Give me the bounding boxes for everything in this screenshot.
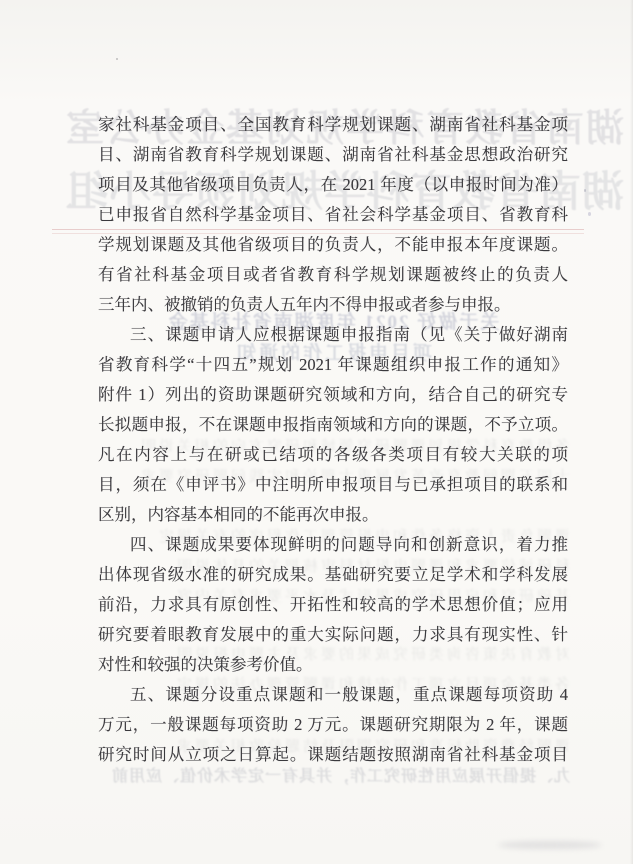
text-line: 前沿，力求具有原创性、开拓性和较高的学术思想价值；应用 bbox=[98, 590, 568, 620]
text-line: 已申报省自然科学基金项目、省社会科学基金项目、省教育科 bbox=[98, 200, 568, 230]
text-line: 附件 1）列出的资助课题研究领域和方向，结合自己的研究专 bbox=[98, 380, 568, 410]
text-line: 有省社科基金项目或者省教育科学规划课题被终止的负责人 bbox=[98, 260, 568, 290]
scan-speck bbox=[584, 189, 586, 192]
text-line: 万元，一般课题每项资助 2 万元。课题研究期限为 2 年，课题 bbox=[98, 710, 568, 740]
scan-speck bbox=[116, 58, 118, 60]
text-line: 凡在内容上与在研或已结项的各级各类项目有较大关联的项 bbox=[98, 440, 568, 470]
text-line: 目、湖南省教育科学规划课题、湖南省社科基金思想政治研究 bbox=[98, 140, 568, 170]
text-line: 三年内、被撤销的负责人五年内不得申报或者参与申报。 bbox=[98, 290, 568, 320]
text-line-section-4: 四、课题成果要体现鲜明的问题导向和创新意识，着力推 bbox=[98, 530, 568, 560]
text-line: 省教育科学“十四五”规划 2021 年课题组织申报工作的通知》 bbox=[98, 350, 568, 380]
scanned-document-page: 湖南省教育科学规划基金办公室 湖南省教育科学规划领导小组 关于做好 2021 年… bbox=[0, 0, 633, 864]
text-line: 出体现省级水准的研究成果。基础研究要立足学术和学科发展 bbox=[98, 560, 568, 590]
text-line: 项目及其他省级项目负责人，在 2021 年度（以申报时间为准） bbox=[98, 170, 568, 200]
text-line: 家社科基金项目、全国教育科学规划课题、湖南省社科基金项 bbox=[98, 110, 568, 140]
document-body: 家社科基金项目、全国教育科学规划课题、湖南省社科基金项 目、湖南省教育科学规划课… bbox=[98, 110, 568, 770]
text-line-section-5: 五、课题分设重点课题和一般课题，重点课题每项资助 4 bbox=[98, 680, 568, 710]
scan-smudge bbox=[498, 841, 602, 849]
scan-speck bbox=[588, 212, 591, 216]
text-line: 目，须在《申评书》中注明所申报项目与已承担项目的联系和 bbox=[98, 470, 568, 500]
text-line: 研究要着眼教育发展中的重大实际问题，力求具有现实性、针 bbox=[98, 620, 568, 650]
text-line: 学规划课题及其他省级项目的负责人，不能申报本年度课题。 bbox=[98, 230, 568, 260]
text-line: 对性和较强的决策参考价值。 bbox=[98, 650, 568, 680]
text-line: 区别，内容基本相同的不能再次申报。 bbox=[98, 500, 568, 530]
text-line: 研究时间从立项之日算起。课题结题按照湖南省社科基金项目 bbox=[98, 740, 568, 770]
text-line-section-3: 三、课题申请人应根据课题申报指南（见《关于做好湖南 bbox=[98, 320, 568, 350]
text-line: 长拟题申报，不在课题申报指南领域和方向的课题，不予立项。 bbox=[98, 410, 568, 440]
